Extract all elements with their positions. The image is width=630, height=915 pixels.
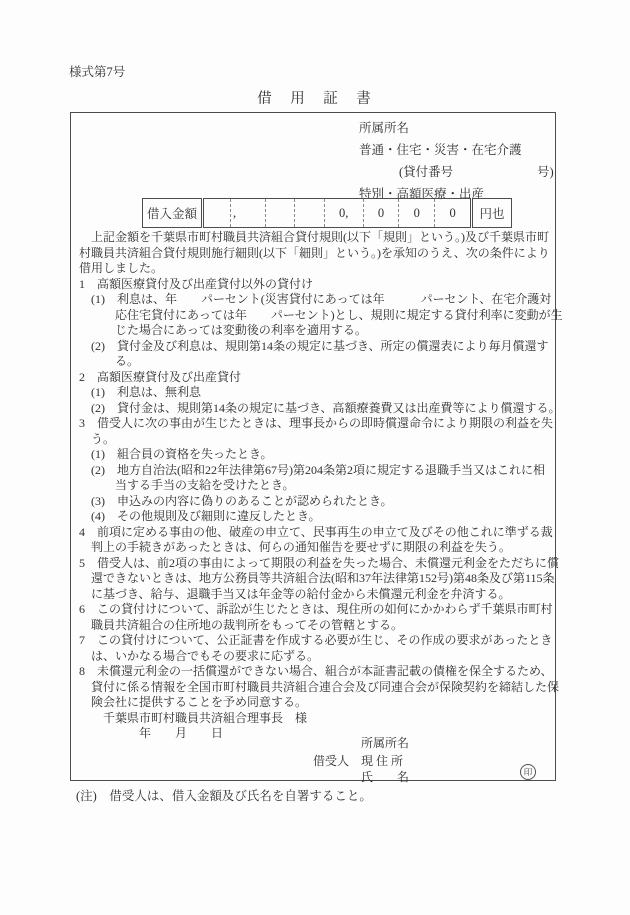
body-line: 借用しました。: [79, 261, 553, 277]
loan-amount-digit-boxes: ,0,000: [203, 198, 471, 228]
body-line: 5 借受人は、前2項の事由によって期限の利益を失った場合、未償還元利金をただちに…: [79, 556, 553, 572]
body-line: 還できないときは、地方公務員等共済組合法(昭和37年法律第152号)第48条及び…: [79, 571, 553, 587]
body-line: 村職員共済組合貸付規則施行細則(以下「細則」という。)を承知のうえ、次の条件によ…: [79, 246, 553, 262]
body-line: 8 未償還元利金の一括償還ができない場合、組合が本証書記載の債権を保全するため、: [79, 664, 553, 680]
body-line: 応住宅貸付にあっては年 パーセント)とし、規則に規定する貸付利率に変動が生: [79, 308, 553, 324]
body-line: 当する手当の支給を受けたとき。: [79, 478, 553, 494]
loan-number-suffix: 号): [537, 162, 554, 180]
body-line: 千葉県市町村職員共済組合理事長 様: [79, 711, 553, 727]
body-line: は、いかなる場合でもその要求に応ずる。: [79, 649, 553, 665]
terms-text: 上記金額を千葉県市町村職員共済組合貸付規則(以下「規則」という。)及び千葉県市町…: [79, 230, 553, 742]
loan-number-label: (貸付番号: [399, 162, 453, 180]
body-line: 職員共済組合の住所地の裁判所をもってその管轄とする。: [79, 618, 553, 634]
body-line: (1) 利息は、無利息: [79, 385, 553, 401]
footnote: (注) 借受人は、借入金額及び氏名を自署すること。: [76, 786, 372, 804]
body-line: 険会社に提供することを予め同意する。: [79, 695, 553, 711]
amount-digit-cell: 0,: [324, 199, 363, 227]
current-address-label: 現 住 所: [361, 752, 403, 769]
body-line: 4 前項に定める事由の他、破産の申立て、民事再生の申立て及びその他これに準ずる裁: [79, 525, 553, 541]
amount-digit-cell: 0: [363, 199, 399, 227]
amount-digit-cell: 0: [398, 199, 434, 227]
body-line: (1) 組合員の資格を失ったとき。: [79, 447, 553, 463]
body-line: 貸付に係る情報を全国市町村職員共済組合連合会及び同連合会が保険契約を締結した保: [79, 680, 553, 696]
body-line: (2) 貸付金及び利息は、規則第14条の規定に基づき、所定の償還表により毎月償還…: [79, 339, 553, 355]
amount-digit-cell: [294, 199, 324, 227]
body-line: 3 借受人に次の事由が生じたときは、理事長からの即時償還命令により期限の利益を失: [79, 416, 553, 432]
signature-office-name-label: 所属所名: [361, 734, 409, 751]
name-label: 氏 名: [361, 768, 409, 785]
document-title: 借 用 証 書: [0, 87, 630, 108]
body-line: 上記金額を千葉県市町村職員共済組合貸付規則(以下「規則」という。)及び千葉県市町: [79, 230, 553, 246]
body-line: 1 高額医療貸付及び出産貸付以外の貸付け: [79, 277, 553, 293]
body-line: 2 高額医療貸付及び出産貸付: [79, 370, 553, 386]
body-line: に基づき、給与、退職手当又は年金等の給付金から未償還元利金を弁済する。: [79, 587, 553, 603]
borrower-label: 借受人: [313, 752, 349, 769]
form-number: 様式第7号: [69, 62, 125, 80]
body-line: 判上の手続きがあったときは、何らの通知催告を要せずに期限の利益を失う。: [79, 540, 553, 556]
body-line: (2) 地方自治法(昭和22年法律第67号)第204条第2項に規定する退職手当又…: [79, 463, 553, 479]
seal-mark-icon: 印: [520, 764, 536, 780]
scanned-form-page: 様式第7号 借 用 証 書 所属所名 普通・住宅・災害・在宅介護 (貸付番号 号…: [0, 0, 630, 915]
loan-type-options-normal: 普通・住宅・災害・在宅介護: [359, 140, 522, 158]
main-border-box: 所属所名 普通・住宅・災害・在宅介護 (貸付番号 号) 特別・高額医療・出産 借…: [70, 112, 556, 781]
loan-amount-table: 借入金額 ,0,000 円也: [142, 198, 512, 228]
body-line: 年 月 日: [79, 726, 553, 742]
yen-unit-label: 円也: [472, 198, 512, 228]
body-line: (3) 申込みの内容に偽りのあることが認められたとき。: [79, 494, 553, 510]
body-line: る。: [79, 354, 553, 370]
loan-amount-label: 借入金額: [142, 198, 202, 228]
amount-digit-cell: [265, 199, 295, 227]
body-line: (1) 利息は、年 パーセント(災害貸付にあっては年 パーセント、在宅介護対: [79, 292, 553, 308]
amount-digit-cell: 0: [434, 199, 470, 227]
body-line: う。: [79, 432, 553, 448]
body-line: 6 この貸付けについて、訴訟が生じたときは、現住所の如何にかかわらず千葉県市町村: [79, 602, 553, 618]
body-line: (4) その他規則及び細則に違反したとき。: [79, 509, 553, 525]
body-line: じた場合にあっては変動後の利率を適用する。: [79, 323, 553, 339]
office-name-label: 所属所名: [359, 118, 409, 136]
body-line: (2) 貸付金は、規則第14条の規定に基づき、高額療養費又は出産費等により償還す…: [79, 401, 553, 417]
amount-digit-cell: [204, 199, 230, 227]
body-line: 7 この貸付けについて、公正証書を作成する必要が生じ、その作成の要求があったとき: [79, 633, 553, 649]
amount-digit-cell: ,: [230, 199, 265, 227]
